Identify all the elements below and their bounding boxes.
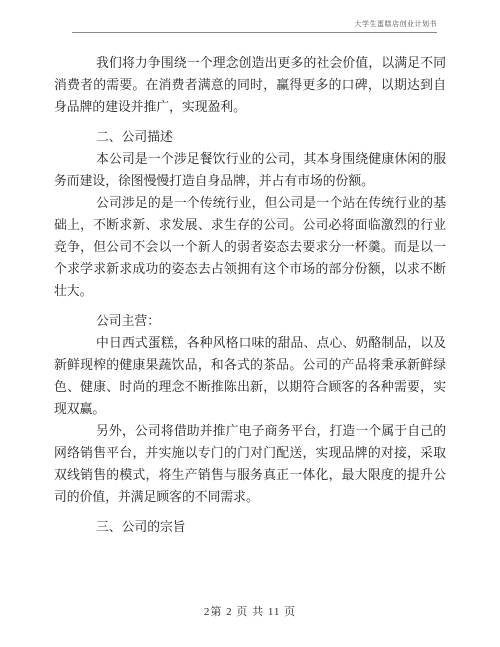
paragraph: 我们将力争围绕一个理念创造出更多的社会价值，以满足不同消费者的需要。在消费者满意… bbox=[54, 52, 446, 118]
section-heading: 三、公司的宗旨 bbox=[54, 516, 446, 538]
paragraph: 另外，公司将借助并推广电子商务平台，打造一个属于自己的网络销售平台，并实施以专门… bbox=[54, 420, 446, 508]
document-page: 大学生蛋糕店创业计划书 我们将力争围绕一个理念创造出更多的社会价值，以满足不同消… bbox=[0, 0, 500, 647]
paragraph: 中日西式蛋糕，各种风格口味的甜品、点心、奶酪制品，以及新鲜现榨的健康果蔬饮品，和… bbox=[54, 332, 446, 420]
section-heading: 公司主营： bbox=[54, 310, 446, 332]
page-header: 大学生蛋糕店创业计划书 bbox=[72, 20, 437, 33]
footer-page-number: 2第 2 页 共 11 页 bbox=[204, 606, 296, 618]
section-heading: 二、公司描述 bbox=[54, 126, 446, 148]
paragraph: 本公司是一个涉足餐饮行业的公司，其本身围绕健康休闲的服务而建设，徐图慢慢打造自身… bbox=[54, 148, 446, 192]
header-title: 大学生蛋糕店创业计划书 bbox=[355, 20, 438, 28]
document-body: 我们将力争围绕一个理念创造出更多的社会价值，以满足不同消费者的需要。在消费者满意… bbox=[54, 52, 446, 538]
paragraph: 公司涉足的是一个传统行业，但公司是一个站在传统行业的基础上，不断求新、求发展、求… bbox=[54, 192, 446, 302]
page-footer: 2第 2 页 共 11 页 bbox=[0, 603, 500, 619]
